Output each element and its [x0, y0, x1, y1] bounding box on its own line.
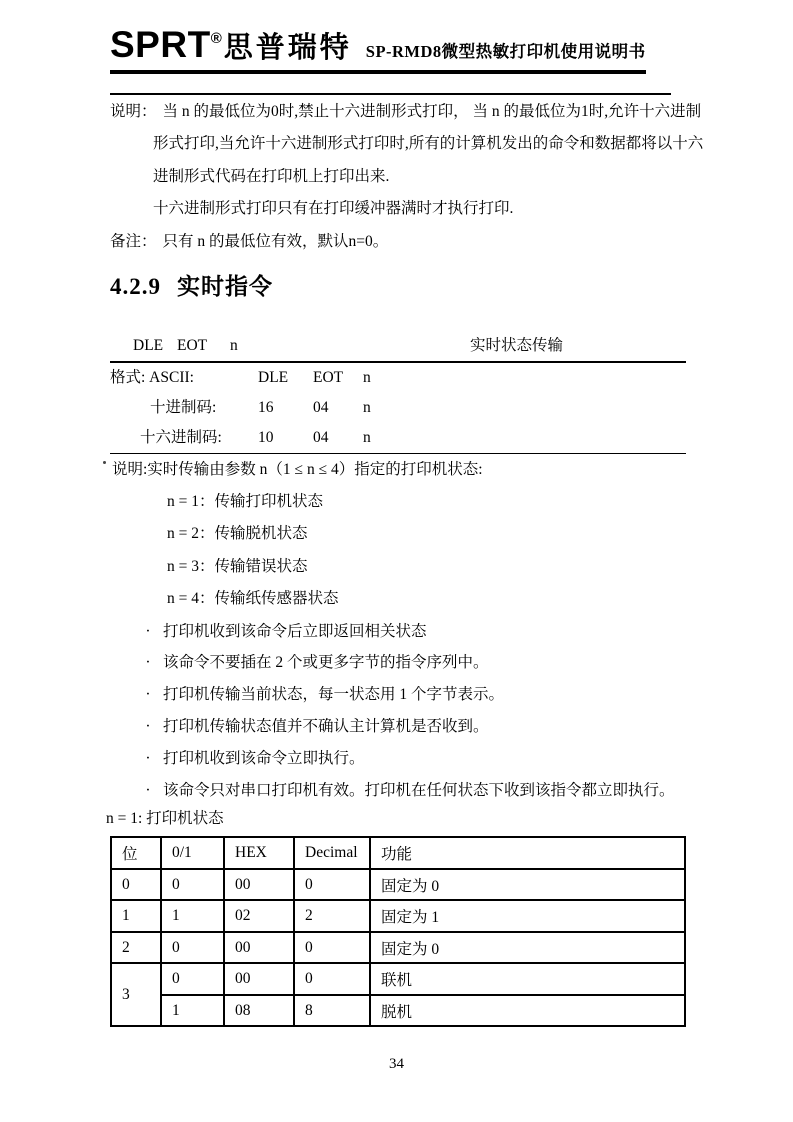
note-line: 说明：当 n 的最低位为0时,禁止十六进制形式打印， 当 n 的最低位为1时,允…	[110, 96, 710, 128]
parameter-item: n = 4：传输纸传感器状态	[110, 583, 686, 615]
section-divider	[110, 93, 671, 95]
bullet-text: 打印机传输当前状态，每一状态用 1 个字节表示。	[163, 686, 504, 703]
section-heading: 4.2.9实时指令	[110, 268, 273, 301]
cell-bit: 1	[111, 900, 161, 932]
intro-notes: 说明：当 n 的最低位为0时,禁止十六进制形式打印， 当 n 的最低位为1时,允…	[110, 96, 710, 258]
format-value: n	[363, 423, 686, 453]
command-block: DLE EOT n 实时状态传输 格式: ASCII: DLE EOT n 十进…	[110, 331, 686, 1027]
cell-bit: 2	[111, 932, 161, 964]
cell-val: 0	[161, 963, 224, 995]
format-row-hex: 十六进制码: 10 04 n	[110, 423, 686, 453]
cell-dec: 8	[294, 995, 370, 1027]
bullet-item: ·该命令不要插在 2 个或更多字节的指令序列中。	[110, 647, 686, 679]
manual-page: SPRT®思普瑞特SP-RMD8微型热敏打印机使用说明书 说明：当 n 的最低位…	[0, 0, 793, 1122]
remark-line: 备注：只有 n 的最低位有效，默认n=0。	[110, 226, 710, 258]
format-value: n	[363, 363, 686, 393]
cell-hex: 00	[224, 932, 294, 964]
bullet-icon: ·	[143, 743, 153, 775]
bullet-text: 该命令不要插在 2 个或更多字节的指令序列中。	[163, 654, 489, 671]
note-text: 当 n 的最低位为0时,禁止十六进制形式打印， 当 n 的最低位为1时,允许十六…	[163, 103, 702, 120]
remark-label: 备注：	[110, 233, 157, 250]
format-value: EOT	[313, 363, 363, 393]
table-caption: n = 1: 打印机状态	[106, 807, 686, 831]
cell-hex: 02	[224, 900, 294, 932]
cell-dec: 0	[294, 963, 370, 995]
cell-func: 固定为 0	[370, 869, 685, 901]
table-row: 1 08 8 脱机	[111, 995, 685, 1027]
column-header: Decimal	[294, 837, 370, 869]
doc-title: SP-RMD8微型热敏打印机使用说明书	[366, 42, 646, 61]
command-token: DLE	[133, 331, 163, 361]
bullet-icon: ·	[143, 775, 153, 807]
format-row-decimal: 十进制码: 16 04 n	[110, 393, 686, 423]
remark-text: 只有 n 的最低位有效，默认n=0。	[163, 233, 389, 250]
format-value: 16	[258, 393, 313, 423]
bullet-icon: ·	[143, 679, 153, 711]
format-label: 十六进制码:	[110, 423, 258, 453]
column-header: HEX	[224, 837, 294, 869]
cell-val: 0	[161, 932, 224, 964]
table-row: 3 0 00 0 联机	[111, 963, 685, 995]
format-row-ascii: 格式: ASCII: DLE EOT n	[110, 363, 686, 393]
cell-bit: 0	[111, 869, 161, 901]
format-value: 10	[258, 423, 313, 453]
format-value: n	[363, 393, 686, 423]
bullet-item: ·打印机收到该命令后立即返回相关状态	[110, 616, 686, 648]
brand-chinese-name: 思普瑞特	[224, 32, 352, 64]
command-token: EOT	[177, 331, 207, 361]
command-name-row: DLE EOT n 实时状态传输	[110, 331, 686, 361]
cell-func: 固定为 1	[370, 900, 685, 932]
cell-hex: 00	[224, 963, 294, 995]
note-label: 说明：	[110, 103, 157, 120]
column-header: 0/1	[161, 837, 224, 869]
bullet-item: ·该命令只对串口打印机有效。打印机在任何状态下收到该指令都立即执行。	[110, 775, 686, 807]
format-label: 十进制码:	[110, 393, 258, 423]
parameter-item: n = 1：传输打印机状态	[110, 486, 686, 518]
bullet-icon: ·	[143, 711, 153, 743]
stray-mark	[103, 461, 106, 464]
table-header-row: 位 0/1 HEX Decimal 功能	[111, 837, 685, 869]
command-token: n	[230, 331, 238, 361]
table-row: 1 1 02 2 固定为 1	[111, 900, 685, 932]
column-header: 功能	[370, 837, 685, 869]
note-line: 形式打印,当允许十六进制形式打印时,所有的计算机发出的命令和数据都将以十六	[110, 128, 710, 160]
format-value: DLE	[258, 363, 313, 393]
section-number: 4.2.9	[110, 274, 161, 299]
cell-val: 0	[161, 869, 224, 901]
bullet-item: ·打印机传输状态值并不确认主计算机是否收到。	[110, 711, 686, 743]
cell-dec: 2	[294, 900, 370, 932]
brand-logo-text: SPRT	[110, 24, 211, 65]
cell-func: 脱机	[370, 995, 685, 1027]
bullet-text: 该命令只对串口打印机有效。打印机在任何状态下收到该指令都立即执行。	[163, 782, 675, 799]
column-header: 位	[111, 837, 161, 869]
format-value: 04	[313, 393, 363, 423]
table-row: 2 0 00 0 固定为 0	[111, 932, 685, 964]
cell-dec: 0	[294, 932, 370, 964]
cell-bit: 3	[111, 963, 161, 1026]
bullet-text: 打印机收到该命令后立即返回相关状态	[163, 623, 427, 640]
format-value: 04	[313, 423, 363, 453]
registered-trademark-icon: ®	[211, 30, 222, 47]
header: SPRT®思普瑞特SP-RMD8微型热敏打印机使用说明书	[110, 24, 646, 74]
bullet-list: ·打印机收到该命令后立即返回相关状态 ·该命令不要插在 2 个或更多字节的指令序…	[110, 616, 686, 807]
note-line: 十六进制形式打印只有在打印缓冲器满时才执行打印.	[110, 193, 710, 225]
parameter-item: n = 3：传输错误状态	[110, 551, 686, 583]
table-row: 0 0 00 0 固定为 0	[111, 869, 685, 901]
bullet-text: 打印机传输状态值并不确认主计算机是否收到。	[163, 718, 489, 735]
cell-func: 联机	[370, 963, 685, 995]
format-label: 格式: ASCII:	[110, 363, 258, 393]
cell-hex: 08	[224, 995, 294, 1027]
command-description: 实时状态传输	[470, 331, 563, 361]
bullet-text: 打印机收到该命令立即执行。	[163, 750, 365, 767]
cell-func: 固定为 0	[370, 932, 685, 964]
cell-dec: 0	[294, 869, 370, 901]
section-title: 实时指令	[177, 274, 273, 299]
cell-val: 1	[161, 900, 224, 932]
note-line: 进制形式代码在打印机上打印出来.	[110, 161, 710, 193]
bullet-icon: ·	[143, 647, 153, 679]
parameter-item: n = 2：传输脱机状态	[110, 518, 686, 550]
cell-hex: 00	[224, 869, 294, 901]
page-number: 34	[0, 1056, 793, 1073]
status-table: 位 0/1 HEX Decimal 功能 0 0 00 0 固定为 0 1 1 …	[110, 836, 686, 1027]
bullet-icon: ·	[143, 616, 153, 648]
cell-val: 1	[161, 995, 224, 1027]
parameter-list: n = 1：传输打印机状态 n = 2：传输脱机状态 n = 3：传输错误状态 …	[110, 486, 686, 616]
command-explain: 说明:实时传输由参数 n（1 ≤ n ≤ 4）指定的打印机状态:	[110, 454, 686, 486]
bullet-item: ·打印机传输当前状态，每一状态用 1 个字节表示。	[110, 679, 686, 711]
bullet-item: ·打印机收到该命令立即执行。	[110, 743, 686, 775]
